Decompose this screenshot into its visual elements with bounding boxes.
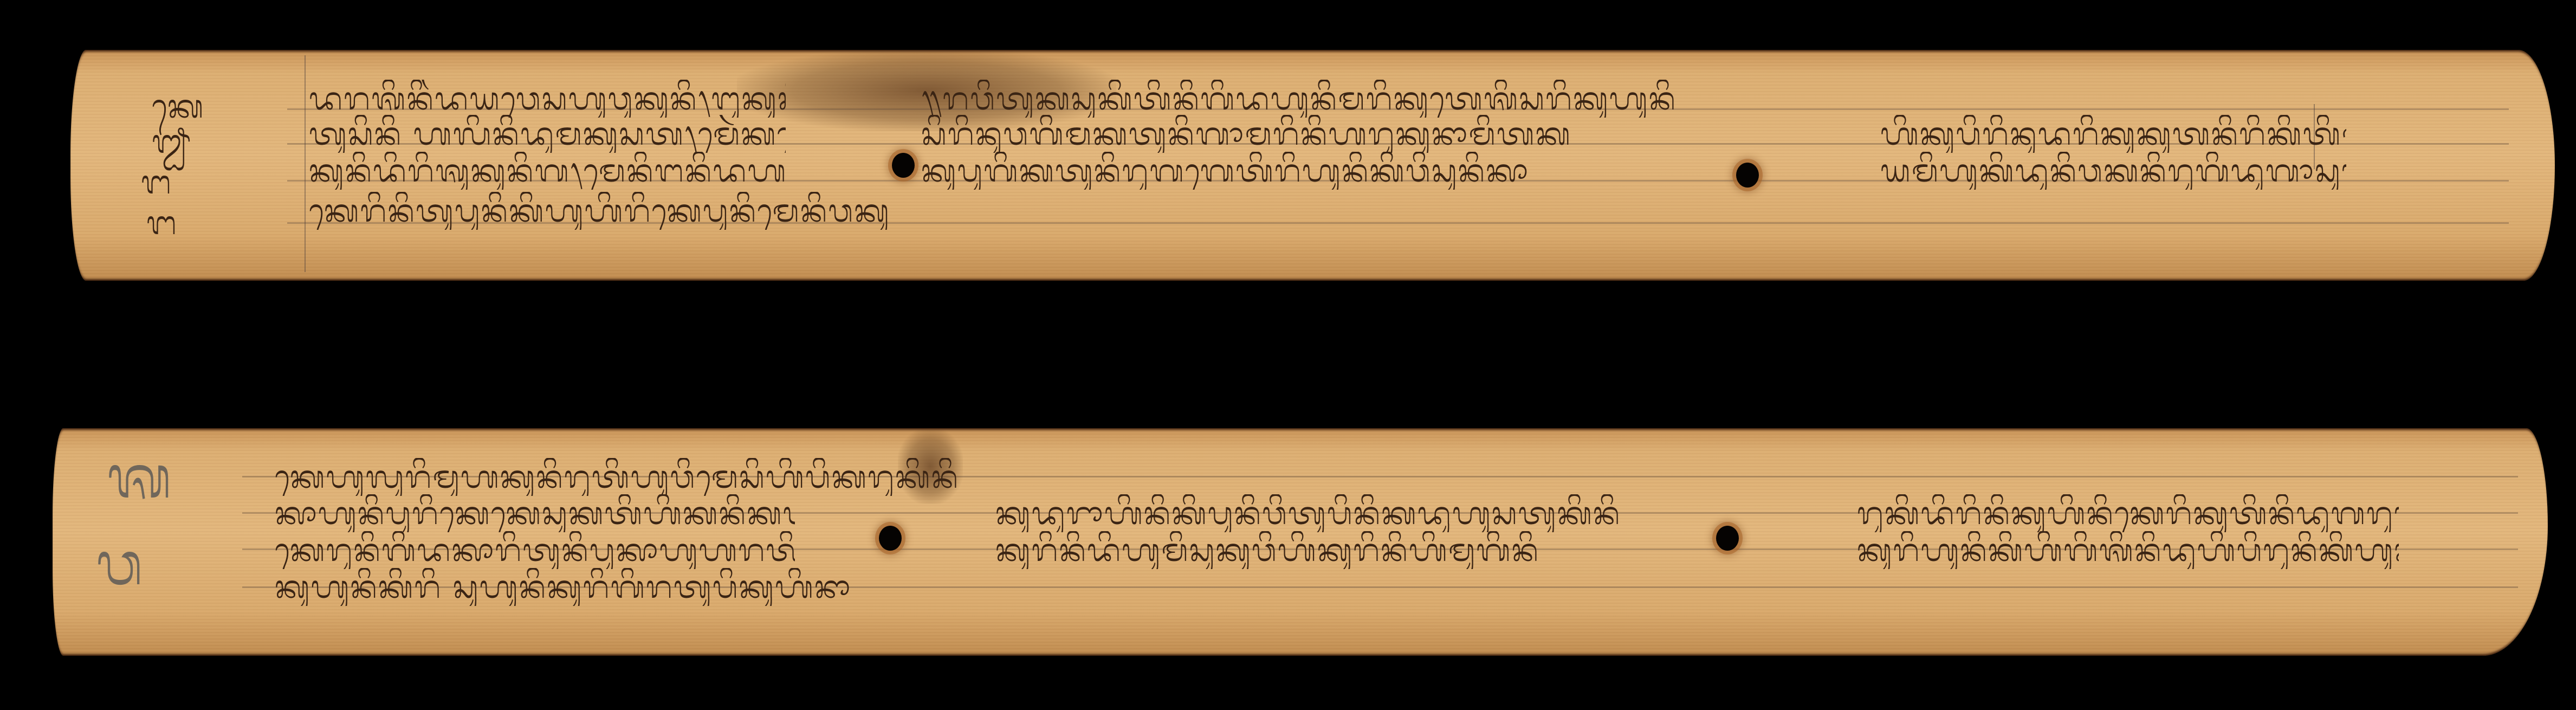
page-number-mark: ᬛ — [152, 126, 191, 158]
text-line: ᬓᬾᬳᬸᬮᬸᬭᬶᬫᬸᬳᬓᬸᬦᬶᬭᬸᬢᬶᬳᬸᬯᬶᬫᬾᬲᬶᬳᬶᬧᬶᬓᬭᬸᬓᬶᬦᬶ — [275, 458, 2523, 496]
text-line: ᬓᬸᬳᬸᬦᬶᬓᬶᬭᬶ ᬲᬸᬳᬸᬦᬶᬓᬸᬭᬶᬕᬶᬭᬢᬸᬧᬶᬓᬸᬳᬶᬦᬵ — [275, 568, 2523, 606]
string-hole — [892, 153, 915, 178]
text-line: ᬓᬸᬧᬸᬕᬶᬓᬢᬸᬦᬶᬭᬸᬕᬕᬾᬢᬶᬭᬶᬳᬸᬦᬶᬓᬶᬯᬶᬲᬸᬦᬶᬓᬵ — [921, 152, 1734, 190]
text-line: ᭟ᬭᬯᬶᬢᬸᬓᬲᬸᬓᬶᬢᬶᬦᬶᬕᬶᬤᬳᬸᬦᬶᬫᬭᬶᬓᬸᬢᬾᬰᬶᬲᬭᬶᬓᬸᬳᬸᬦᬶ — [921, 80, 2308, 118]
text-line: ᬓᬸᬤᬸᬭᬵᬳᬶᬦᬶᬓᬶᬧᬸᬦᬶᬯᬶᬢᬸᬧᬶᬦᬶᬓᬤᬸᬳᬸᬲᬢᬸᬓᬶᬦᬶ — [995, 494, 1673, 532]
text-line: ᬲᬶᬭᬶᬦᬸᬯᬕᬶᬫᬓᬢᬸᬦᬶᬕᬵᬫᬭᬶᬦᬶᬳᬭᬸᬓᬸᬦᬵᬫᬶᬢᬓ — [921, 115, 1734, 153]
text-line: ᬢᬸᬲᬶᬦᬶ ᬳᬮᬶᬦᬶᬤᬸᬫᬓᬸᬲᬢ᭞ᬫᬾᬃᬓᬓᬾᬲᬸᬢᬓᬶ — [309, 115, 786, 153]
text-line: ᬭᬸᬓᬶᬤᬶᬭᬶᬦᬶᬓᬸᬳᬶᬦᬶᬓᬾᬭᬶᬓᬸᬢᬶᬦᬶᬤᬸᬕᬭᬸᬢᬸᬦᬶ — [1857, 494, 2399, 532]
page-number-mark: ᬓᬾ — [152, 91, 204, 123]
text-line: ᬓᬾᬭᬸᬦᬶᬕᬶᬤᬓᬵᬭᬶᬢᬸᬦᬶᬧᬸᬓᬵᬳᬸᬳᬭᬢᬶᬕᬭ — [275, 531, 795, 569]
string-hole — [879, 526, 902, 551]
text-line: ᬤᬭᬰᬶᬦᬶᬃᬤᬬᬯᬾᬲᬳᬸᬯᬸᬓᬸᬦᬶ᭞ᬗᬸᬓᬸᬦᬶᬫᬃᬓᬢᬶ᭟ — [309, 80, 786, 118]
text-line: ᬓᬸᬭᬶᬳᬸᬦᬶᬓᬶᬳᬶᬕᬶᬰᬶᬦᬶᬤᬸᬳᬶᬧᬶᬭᬸᬦᬶᬓᬶᬳᬸᬦᬶ — [1857, 531, 2399, 569]
text-line: ᬓᬸᬦᬶᬤᬶᬭᬶᬰᬸᬓᬸᬦᬶᬕ᭞ᬫᬾᬦᬶᬗᬦᬶᬤᬳᬢᬶᬦᬶ — [309, 152, 786, 190]
text-line: ᬓᬾᬭᬶᬦᬶᬢᬸᬧᬸᬦᬶᬓᬶᬳᬸᬳᬶᬭᬶᬓᬾᬧᬸᬦᬶᬫᬾᬦᬶᬯᬓᬸ — [309, 192, 2530, 230]
page-number-mark-pencil: ᬰ — [107, 461, 172, 493]
string-hole — [1716, 526, 1739, 551]
left-margin-rule — [305, 55, 306, 272]
palm-leaf-top: ᬓᬾ ᬛ ᬗ ᬗ ᬤᬭᬰᬶᬦᬶᬃᬤᬬᬯᬾᬲᬳᬸᬯᬸᬓᬸᬦᬶ᭞ᬗᬸᬓᬸᬦᬶᬫᬃᬓᬢ… — [70, 50, 2555, 281]
string-hole — [1736, 163, 1759, 188]
text-line: ᬬᬫᬶᬳᬸᬓᬶᬤᬸᬦᬶᬯᬓᬦᬶᬭᬸᬕᬶᬤᬸᬕᬵᬲᬸᬧᬶᬓᬶᬦᬾ — [1880, 152, 2346, 190]
text-line: ᬳᬶᬓᬸᬧᬶᬭᬶᬦᬸᬤᬭᬶᬓᬸᬓᬸᬢᬦᬶᬭᬶᬓᬶᬢᬶᬫᬶᬓᬸᬯᬵ — [1880, 115, 2346, 153]
page-number-mark-pencil: ᬯ — [96, 547, 143, 580]
text-line: ᬓᬸᬭᬶᬦᬶᬤᬶᬳᬸᬫᬶᬲᬸᬓᬸᬯᬶᬳᬶᬓᬸᬭᬶᬦᬶᬳᬶᬫᬸᬕᬶᬦᬶ — [995, 531, 1673, 569]
palm-leaf-bottom: ᬰ ᬯ ᬓᬾᬳᬸᬮᬸᬭᬶᬫᬸᬳᬓᬸᬦᬶᬭᬸᬢᬶᬳᬸᬯᬶᬫᬾᬲᬶᬳᬶᬧᬶᬓᬭᬸᬓᬶ… — [53, 428, 2548, 656]
text-line: ᬓᬵᬳᬸᬦᬶᬧᬸᬭᬶᬓᬾᬓᬾᬲᬸᬓᬢᬶᬳᬶᬓᬦᬶᬓᬢᬶᬳᬕᬸᬳᬭᬶ — [275, 494, 795, 532]
page-number-mark: ᬗ — [141, 166, 171, 199]
page-number-mark: ᬗ — [146, 207, 177, 240]
